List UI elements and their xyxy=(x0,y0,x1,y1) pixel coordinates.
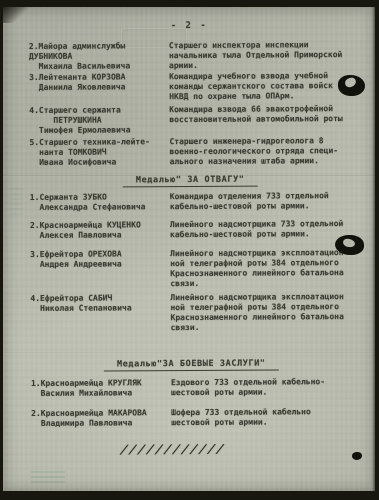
recipient-position: Линейного надсмотрщика 733 отдельной каб… xyxy=(170,219,353,240)
award-entry: 2.Майора админслужбы ДУБНИКОВА Михаила В… xyxy=(2,40,377,72)
recipient-name: 2.Майора админслужбы ДУБНИКОВА Михаила В… xyxy=(2,41,169,72)
recipient-position: Шофера 733 отдельной кабельно шестовой р… xyxy=(171,407,354,428)
recipient-position: Старшего инспектора инспекции начальника… xyxy=(169,40,352,71)
recipient-name: 2.Красноармейца КУЦЕНКО Алексея Павлович… xyxy=(3,220,170,241)
recipient-position: Старшего инженера-гидрогеолога 8 военно-… xyxy=(169,136,352,167)
recipient-position: Ездового 733 отдельной кабельно- шестово… xyxy=(171,377,354,398)
award-entry: 4.Ефрейтора САБИЧ Николая Степановича Ли… xyxy=(3,292,378,334)
recipient-position: Командира взвода 66 эвакотрофейной восст… xyxy=(169,104,352,125)
award-entry: 4.Старшего сержанта ПЕТРУШКИНА Тимофея Е… xyxy=(2,104,377,136)
recipient-position: Командира учебного взвода учебной команд… xyxy=(169,71,352,102)
recipient-position: Командира отделения 733 отдельной кабель… xyxy=(170,191,353,212)
typewritten-content: - 2 - 2.Майора админслужбы ДУБНИКОВА Мих… xyxy=(2,6,379,455)
recipient-name: 1.Красноармейца КРУГЛЯК Василия Михайлов… xyxy=(4,378,171,399)
award-entry: 1.Красноармейца КРУГЛЯК Василия Михайлов… xyxy=(4,377,379,399)
section-header-za-boevye-zaslugi: Медалью"ЗА БОЕВЫЕ ЗАСЛУГИ" xyxy=(4,358,379,370)
recipient-position: Линейного надсмотрщика эксплоатацион ной… xyxy=(170,248,353,289)
recipient-name: 2.Красноармейца МАКАРОВА Владимира Павло… xyxy=(4,408,171,429)
award-entry: 2.Красноармейца МАКАРОВА Владимира Павло… xyxy=(4,407,379,429)
award-entry: 3.Лейтенанта КОРЗОВА Даниила Яковлевича … xyxy=(2,71,377,103)
award-entry: 3.Ефрейтора ОРЕХОВА Андрея Андреевича Ли… xyxy=(3,248,378,290)
faded-stamp-remnant xyxy=(31,469,65,483)
recipient-name: 3.Лейтенанта КОРЗОВА Даниила Яковлевича xyxy=(2,72,169,93)
recipient-name: 5.Старшего техника-лейте- нанта ТОМКОВИЧ… xyxy=(2,137,169,168)
page-number: - 2 - xyxy=(2,20,377,32)
award-entry: 5.Старшего техника-лейте- нанта ТОМКОВИЧ… xyxy=(2,136,377,168)
end-of-list-slashes: //////////// xyxy=(3,443,343,455)
recipient-name: 4.Старшего сержанта ПЕТРУШКИНА Тимофея Е… xyxy=(2,105,169,136)
award-entry: 1.Сержанта ЗУБКО Александра Стефановича … xyxy=(3,191,378,213)
recipient-position: Линейного надсмотрщика эксплоатацион ной… xyxy=(170,292,353,333)
award-entry: 2.Красноармейца КУЦЕНКО Алексея Павлович… xyxy=(3,219,378,241)
recipient-name: 4.Ефрейтора САБИЧ Николая Степановича xyxy=(3,293,170,314)
recipient-name: 1.Сержанта ЗУБКО Александра Стефановича xyxy=(3,192,170,213)
recipient-name: 3.Ефрейтора ОРЕХОВА Андрея Андреевича xyxy=(3,249,170,270)
scanned-document-page: { "document": { "page_number": "- 2 -", … xyxy=(0,0,379,500)
section-header-za-otvagu: Медалью" ЗА ОТВАГУ" xyxy=(3,174,378,186)
paper-sheet: - 2 - 2.Майора админслужбы ДУБНИКОВА Мих… xyxy=(3,7,375,491)
